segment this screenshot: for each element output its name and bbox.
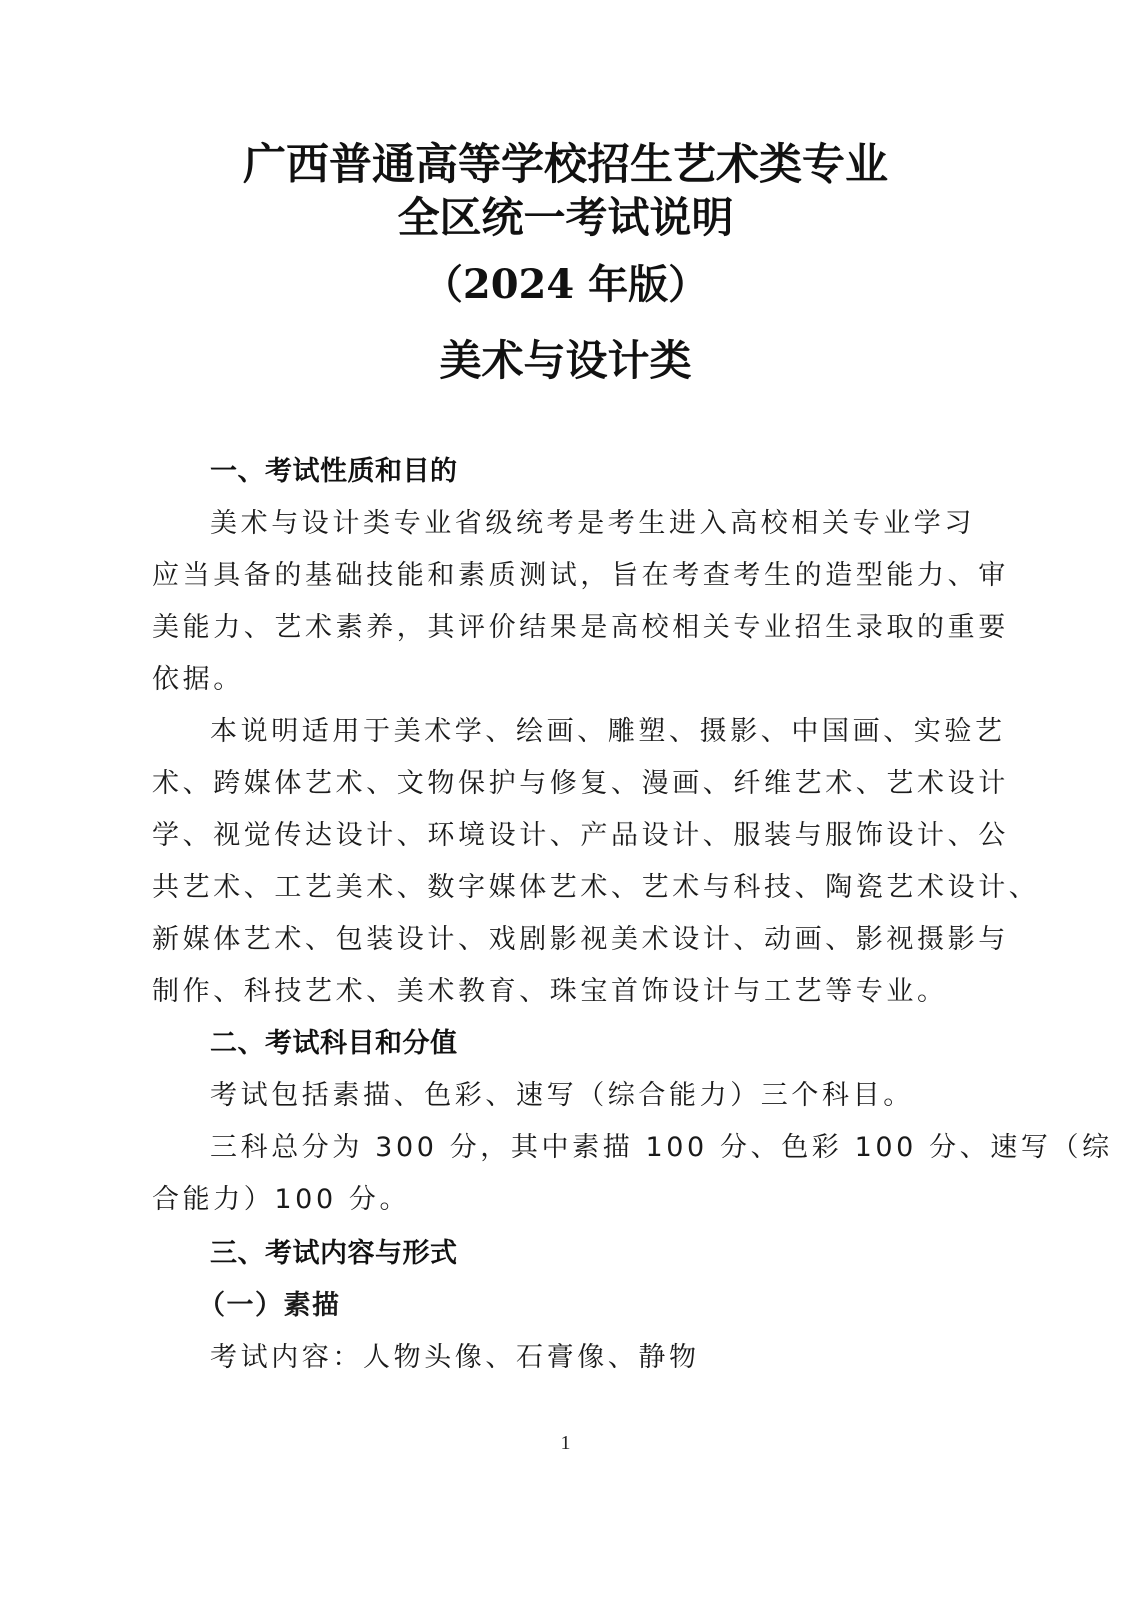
document-edition: （2024 年版） [0, 260, 1131, 310]
section-heading-2: 二、考试科目和分值 [210, 1024, 1040, 1064]
paragraph-line: 学、视觉传达设计、环境设计、产品设计、服装与服饰设计、公 [152, 816, 982, 856]
document-title-line-2: 全区统一考试说明 [0, 193, 1131, 243]
paragraph-line: 术、跨媒体艺术、文物保护与修复、漫画、纤维艺术、艺术设计 [152, 764, 982, 804]
paragraph-line: 共艺术、工艺美术、数字媒体艺术、艺术与科技、陶瓷艺术设计、 [152, 868, 982, 908]
paragraph-line: 美能力、艺术素养，其评价结果是高校相关专业招生录取的重要 [152, 608, 982, 648]
document-subtitle-category: 美术与设计类 [0, 336, 1131, 386]
paragraph-line: 本说明适用于美术学、绘画、雕塑、摄影、中国画、实验艺 [210, 712, 1040, 752]
paragraph-line: 美术与设计类专业省级统考是考生进入高校相关专业学习 [210, 504, 1040, 544]
paragraph-line: 考试内容：人物头像、石膏像、静物 [210, 1338, 1040, 1378]
document-title-line-1: 广西普通高等学校招生艺术类专业 [0, 140, 1131, 190]
paragraph-line: 合能力）100 分。 [152, 1180, 982, 1220]
paragraph-line: 依据。 [152, 660, 982, 700]
section-heading-3: 三、考试内容与形式 [210, 1234, 1040, 1274]
paragraph-line: 应当具备的基础技能和素质测试，旨在考查考生的造型能力、审 [152, 556, 982, 596]
page-number: 1 [0, 1432, 1131, 1455]
section-heading-1: 一、考试性质和目的 [210, 452, 1040, 492]
paragraph-line: 制作、科技艺术、美术教育、珠宝首饰设计与工艺等专业。 [152, 972, 982, 1012]
subsection-heading-sketch: （一）素描 [198, 1286, 1028, 1326]
paragraph-line: 考试包括素描、色彩、速写（综合能力）三个科目。 [210, 1076, 1040, 1116]
paragraph-line: 新媒体艺术、包装设计、戏剧影视美术设计、动画、影视摄影与 [152, 920, 982, 960]
paragraph-line: 三科总分为 300 分，其中素描 100 分、色彩 100 分、速写（综 [210, 1128, 1040, 1168]
document-page: 广西普通高等学校招生艺术类专业 全区统一考试说明 （2024 年版） 美术与设计… [0, 0, 1131, 1600]
